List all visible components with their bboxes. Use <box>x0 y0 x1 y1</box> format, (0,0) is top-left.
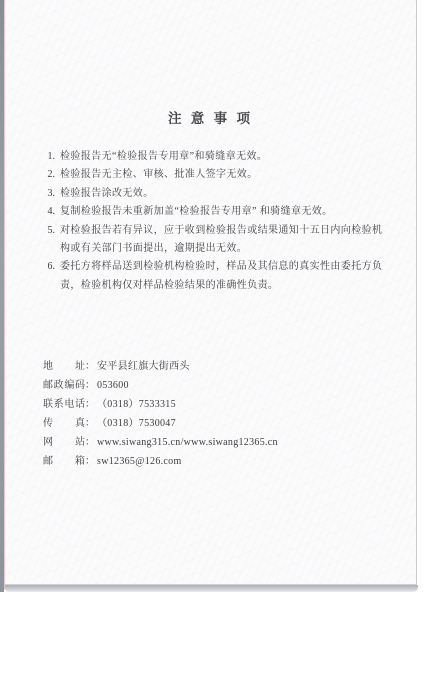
notice-text: 复制检验报告未重新加盖“检验报告专用章” 和骑缝章无效。 <box>60 203 389 221</box>
notice-text: 委托方将样品送到检验机构检验时，样品及其信息的真实性由委托方负责，检验机构仅对样… <box>60 258 389 295</box>
contact-colon: ： <box>85 452 95 471</box>
notice-text: 检验报告涂改无效。 <box>60 185 389 203</box>
contact-label: 地址 <box>43 357 85 376</box>
notice-item: 5. 对检验报告若有异议，应于收到检验报告或结果通知十五日内向检验机构或有关部门… <box>44 222 389 259</box>
notice-number: 2. <box>44 166 55 184</box>
contact-label: 联系电话 <box>43 395 85 414</box>
contact-colon: ： <box>85 357 95 376</box>
document-paper: 注 意 事 项 1. 检验报告无“检验报告专用章”和骑缝章无效。 2. 检验报告… <box>5 0 417 585</box>
contact-row: 邮政编码：053600 <box>43 376 383 395</box>
contact-value: www.siwang315.cn/www.siwang12365.cn <box>97 433 278 452</box>
contact-label: 邮政编码 <box>43 376 85 395</box>
contact-row: 联系电话：（0318）7533315 <box>43 395 383 414</box>
notice-item: 6. 委托方将样品送到检验机构检验时，样品及其信息的真实性由委托方负责，检验机构… <box>44 258 389 295</box>
contact-label: 传真 <box>43 414 85 433</box>
page-title: 注 意 事 项 <box>5 107 416 127</box>
notice-text: 对检验报告若有异议，应于收到检验报告或结果通知十五日内向检验机构或有关部门书面提… <box>60 222 389 259</box>
contact-row: 地址：安平县红旗大街西头 <box>43 357 383 376</box>
notice-list: 1. 检验报告无“检验报告专用章”和骑缝章无效。 2. 检验报告无主检、审核、批… <box>44 148 389 295</box>
notice-text: 检验报告无“检验报告专用章”和骑缝章无效。 <box>60 148 389 166</box>
notice-item: 1. 检验报告无“检验报告专用章”和骑缝章无效。 <box>44 148 389 166</box>
contact-colon: ： <box>85 376 95 395</box>
notice-item: 4. 复制检验报告未重新加盖“检验报告专用章” 和骑缝章无效。 <box>44 203 389 221</box>
contact-colon: ： <box>85 395 95 414</box>
contact-row: 传真：（0318）7530047 <box>43 414 383 433</box>
contact-value: （0318）7533315 <box>97 395 176 414</box>
contact-value: 安平县红旗大街西头 <box>97 357 190 376</box>
contact-colon: ： <box>85 433 95 452</box>
contact-label: 网站 <box>43 433 85 452</box>
notice-number: 4. <box>44 203 55 221</box>
notice-text: 检验报告无主检、审核、批准人签字无效。 <box>60 166 389 184</box>
contact-block: 地址：安平县红旗大街西头 邮政编码：053600 联系电话：（0318）7533… <box>43 357 383 471</box>
notice-item: 3. 检验报告涂改无效。 <box>44 185 389 203</box>
contact-row: 邮箱：sw12365@126.com <box>43 452 383 471</box>
notice-number: 1. <box>44 148 55 166</box>
notice-number: 5. <box>44 222 55 259</box>
scanned-page-stage: 注 意 事 项 1. 检验报告无“检验报告专用章”和骑缝章无效。 2. 检验报告… <box>0 0 424 700</box>
notice-number: 6. <box>44 258 55 295</box>
contact-value: 053600 <box>97 376 129 395</box>
contact-colon: ： <box>85 414 95 433</box>
contact-row: 网站：www.siwang315.cn/www.siwang12365.cn <box>43 433 383 452</box>
contact-value: （0318）7530047 <box>97 414 176 433</box>
notice-item: 2. 检验报告无主检、审核、批准人签字无效。 <box>44 166 389 184</box>
contact-label: 邮箱 <box>43 452 85 471</box>
contact-value: sw12365@126.com <box>97 452 182 471</box>
notice-number: 3. <box>44 185 55 203</box>
page-bottom-edge <box>5 585 418 592</box>
